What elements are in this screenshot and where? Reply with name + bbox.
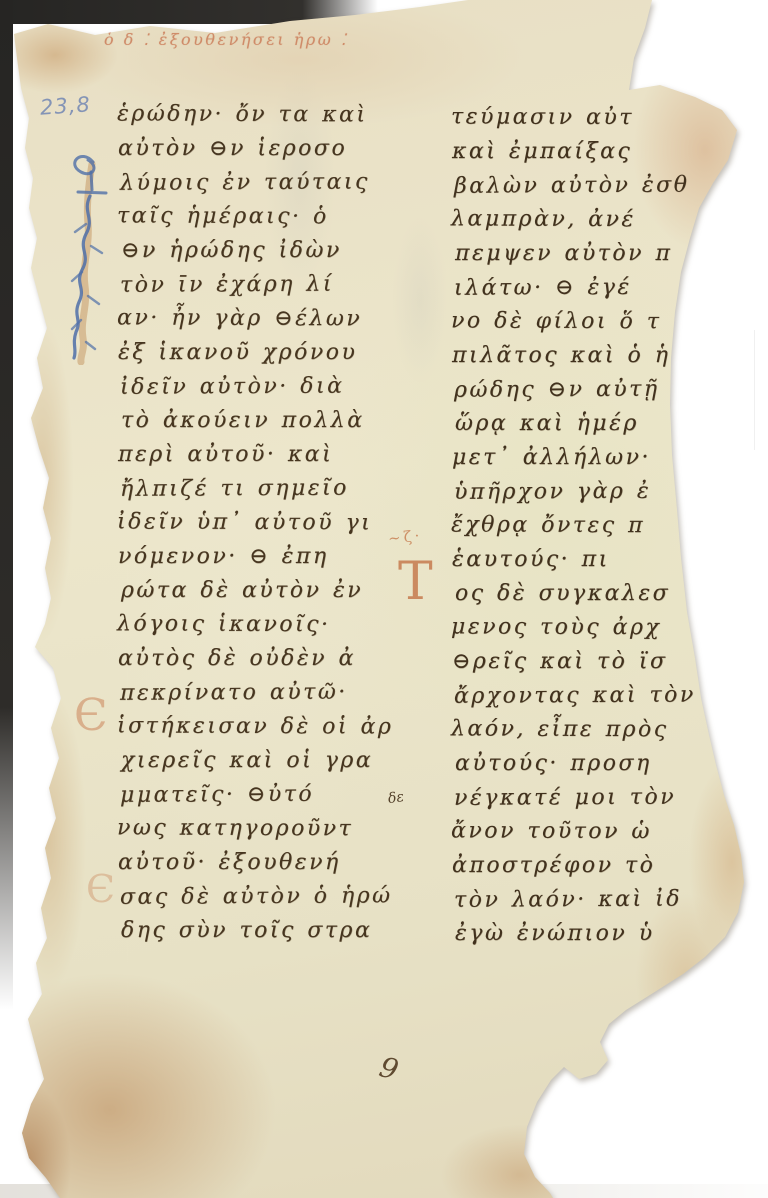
manuscript-text-line: ἑρώδην· ὄν τα καὶ xyxy=(117,97,417,132)
manuscript-text-line: ἰδεῖν αὐτὸν· διὰ xyxy=(120,369,420,405)
manuscript-scan: ὁ δ ⁚ ἐξουθενήσει ἡρω ⁚ 23,8 ἑρώδην· ὄν … xyxy=(0,0,768,1198)
manuscript-text-line: νέγκατέ μοι τὸν xyxy=(454,780,754,816)
manuscript-text-line: μματεῖς· ⊖ὐτό xyxy=(120,777,420,813)
manuscript-text-line: ἑαυτούς· πι xyxy=(452,543,752,577)
manuscript-text-line: χιερεῖς καὶ οἱ γρα xyxy=(121,744,421,778)
manuscript-text-line: νόμενον· ⊖ ἐπη xyxy=(118,540,418,574)
manuscript-text-line: ρώδης ⊖ν αὐτῇ xyxy=(454,372,754,408)
manuscript-text-line: ἀποστρέφον τὸ xyxy=(452,849,752,883)
manuscript-text-line: αὐτὸν ⊖ν ἱεροσο xyxy=(118,132,418,166)
manuscript-text-line: νο δὲ φίλοι ὅ τ xyxy=(451,304,751,339)
manuscript-text-line: μενος τοὺς ἀρχ xyxy=(451,610,751,645)
manuscript-text-line: πιλᾶτος καὶ ὁ ἡ xyxy=(452,339,752,373)
manuscript-text-line: λαμπρὰν, ἀνέ xyxy=(451,202,751,237)
manuscript-text-line: αὐτὸς δὲ οὐδὲν ἀ xyxy=(118,642,418,676)
manuscript-text-line: ἐξ ἱκανοῦ χρόνου xyxy=(118,336,418,370)
manuscript-text-line: περὶ αὐτοῦ· καὶ xyxy=(118,438,418,472)
manuscript-text-line: ταῖς ἡμέραις· ὁ xyxy=(117,199,417,234)
manuscript-text-line: ὑπῆρχον γὰρ ἐ xyxy=(454,474,754,510)
manuscript-text-line: δης σὺν τοῖς στρα xyxy=(121,914,421,948)
manuscript-text-line: ἄνον τοῦτον ὡ xyxy=(451,814,751,849)
manuscript-text-line: τὸν λαόν· καὶ ἰδ xyxy=(454,882,754,918)
manuscript-text-line: ἐγὼ ἐνώπιον ὑ xyxy=(455,917,755,951)
manuscript-text-line: ἔχθρᾳ ὄντες π xyxy=(451,508,751,543)
interlinear-correction: δε xyxy=(387,789,405,807)
pen-flourish: 9 xyxy=(376,1050,402,1087)
manuscript-text-line: τὸν ῑν ἐχάρη λί xyxy=(120,267,420,303)
manuscript-text-line: αν· ἦν γὰρ ⊖έλων xyxy=(117,301,417,336)
manuscript-text-line: πεμψεν αὐτὸν π xyxy=(455,237,755,271)
chapter-mark-red-T: T xyxy=(398,556,433,608)
manuscript-text-line: αὐτοῦ· ἐξουθενή xyxy=(118,846,418,880)
chapter-number-small-red: ∼ζ· xyxy=(387,526,423,548)
manuscript-text-line: βαλὼν αὐτὸν ἐσθ xyxy=(454,168,754,204)
manuscript-text-line: ρώτα δὲ αὐτὸν ἐν xyxy=(121,574,421,608)
manuscript-text-line: ἄρχοντας καὶ τὸν xyxy=(454,678,754,714)
manuscript-text-line: καὶ ἐμπαίξας xyxy=(452,135,752,169)
text-column-left: ἑρώδην· ὄν τα καὶαὐτὸν ⊖ν ἱεροσολύμοις ἐ… xyxy=(118,98,418,948)
manuscript-text-line: μετ᾽ ἀλλήλων· xyxy=(452,441,752,475)
margin-red-letter-lower: Є xyxy=(86,870,115,908)
manuscript-text-line: ἤλπιζέ τι σημεῖο xyxy=(120,471,420,507)
manuscript-text-line: πεκρίνατο αὐτῶ· xyxy=(120,675,420,711)
manuscript-text-line: τὸ ἀκούειν πολλὰ xyxy=(121,404,421,438)
manuscript-text-line: σας δὲ αὐτὸν ὁ ἡρώ xyxy=(120,879,420,915)
manuscript-text-line: ος δὲ συγκαλεσ xyxy=(455,577,755,611)
manuscript-text-line: ⊖ρεῖς καὶ τὸ ϊσ xyxy=(452,645,752,679)
manuscript-text-line: λύμοις ἐν ταύταις xyxy=(120,165,420,201)
manuscript-text-line: ⊖ν ἡρώδης ἰδὼν xyxy=(121,234,421,268)
margin-red-letter-upper: Є xyxy=(74,694,108,738)
parchment-wrapper: ὁ δ ⁚ ἐξουθενήσει ἡρω ⁚ 23,8 ἑρώδην· ὄν … xyxy=(0,0,768,1198)
marginal-foliate-ornament-icon xyxy=(55,150,125,365)
rubric-header: ὁ δ ⁚ ἐξουθενήσει ἡρω ⁚ xyxy=(104,30,384,49)
manuscript-text-line: ιλάτω· ⊖ ἐγέ xyxy=(454,270,754,306)
manuscript-text-line: αὐτούς· προση xyxy=(455,747,755,781)
manuscript-text-line: τεύμασιν αὐτ xyxy=(451,100,751,135)
parchment-fragment: ὁ δ ⁚ ἐξουθενήσει ἡρω ⁚ 23,8 ἑρώδην· ὄν … xyxy=(0,0,768,1198)
manuscript-text-line: λόγοις ἱκανοῖς· xyxy=(117,607,417,642)
manuscript-text-line: λαόν, εἶπε πρὸς xyxy=(451,712,751,747)
manuscript-text-line: νως κατηγοροῦντ xyxy=(117,811,417,846)
manuscript-text-line: ἱστήκεισαν δὲ οἱ ἀρ xyxy=(117,709,417,744)
folio-annotation-blue-pencil: 23,8 xyxy=(39,92,91,119)
manuscript-text-line: ὥρᾳ καὶ ἡμέρ xyxy=(455,407,755,441)
manuscript-text-line: ἰδεῖν ὑπ᾽ αὐτοῦ γι xyxy=(117,505,417,540)
text-column-right: τεύμασιν αὐτκαὶ ἐμπαίξαςβαλὼν αὐτὸν ἐσθλ… xyxy=(452,101,752,951)
